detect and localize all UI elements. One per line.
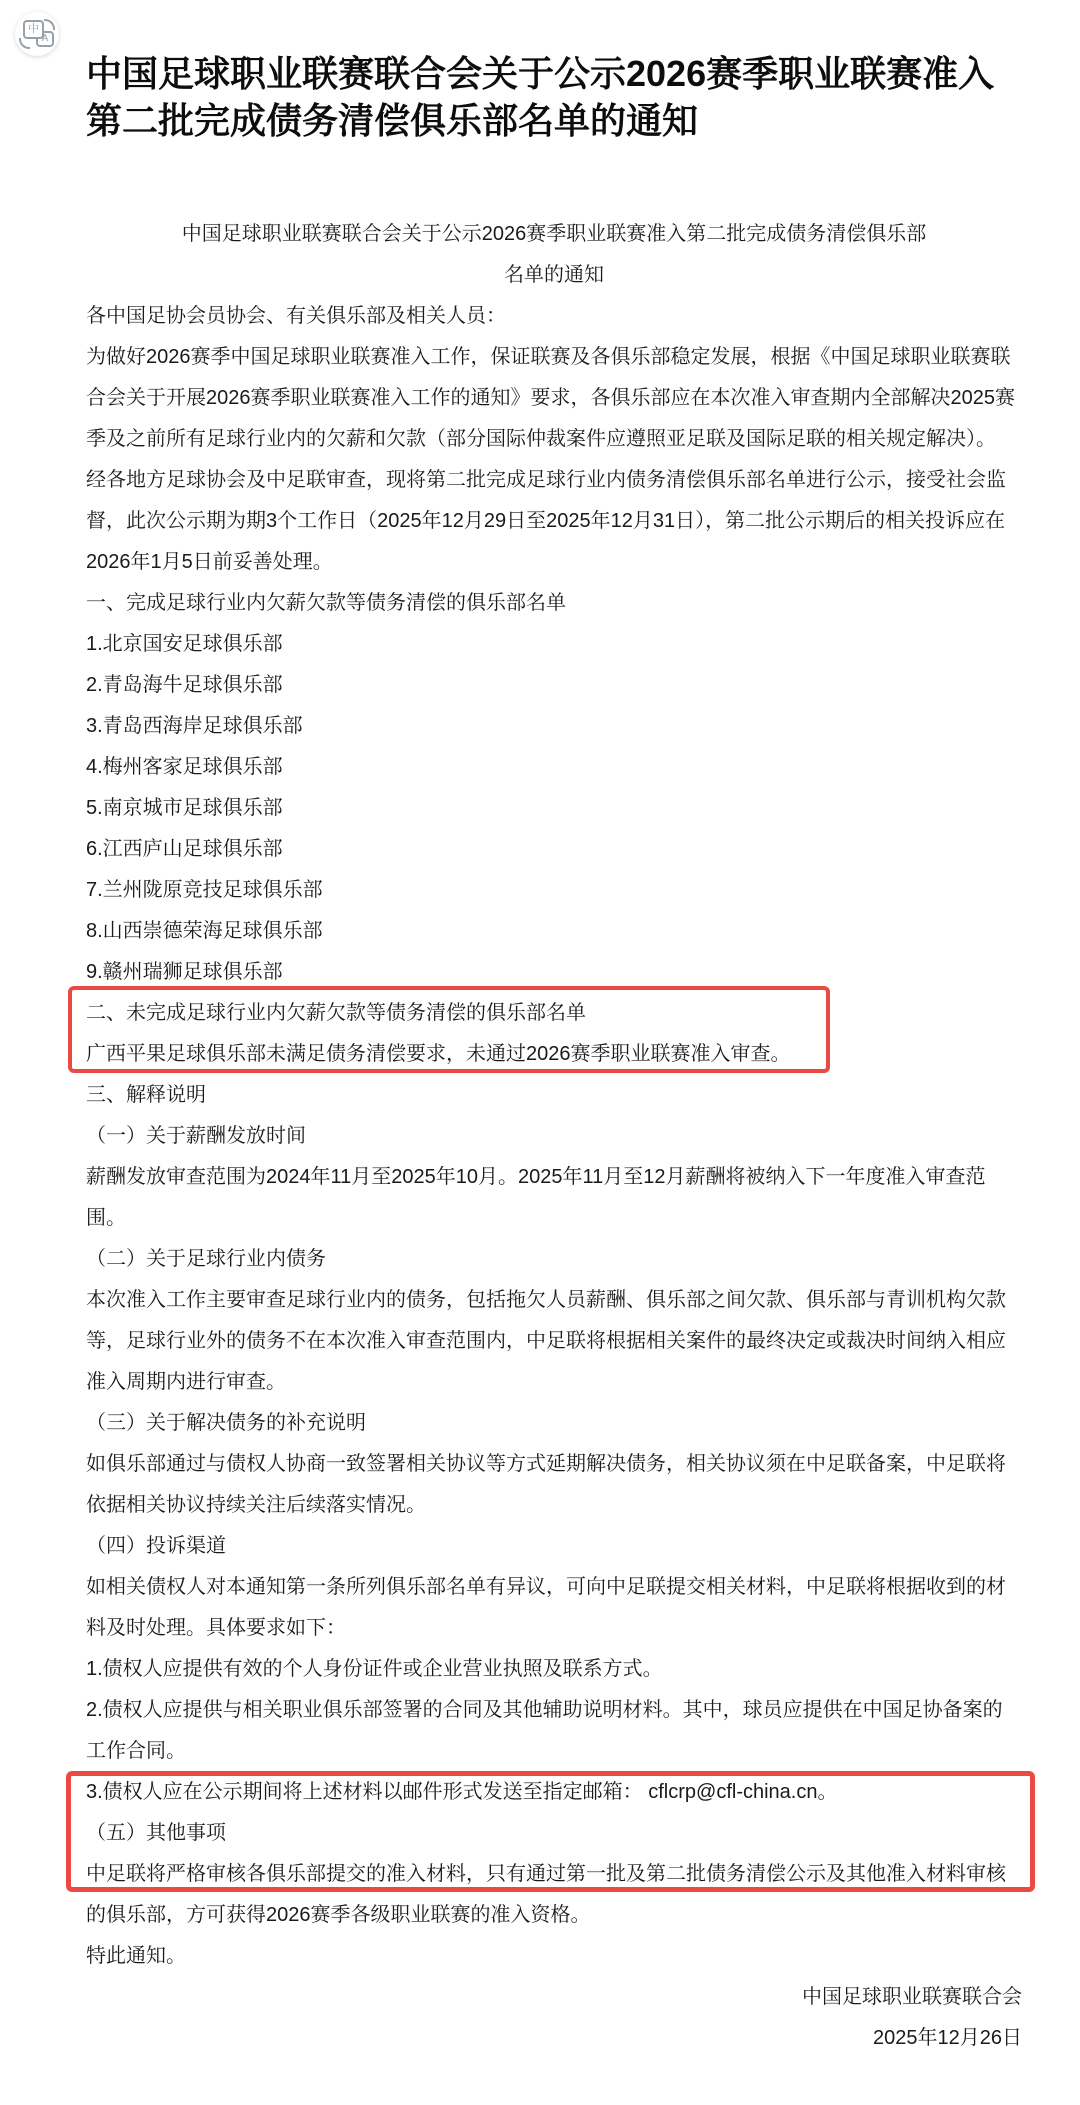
page-title: 中国足球职业联赛联合会关于公示2026赛季职业联赛准入第二批完成债务清偿俱乐部名…: [86, 0, 1022, 144]
publicity-paragraph: 经各地方足球协会及中足联审查，现将第二批完成足球行业内债务清偿俱乐部名单进行公示…: [86, 460, 1022, 583]
requirement-item: 1.债权人应提供有效的个人身份证件或企业营业执照及联系方式。: [86, 1649, 1022, 1690]
intro-paragraph: 为做好2026赛季中国足球职业联赛准入工作，保证联赛及各俱乐部稳定发展，根据《中…: [86, 337, 1022, 460]
translate-button[interactable]: 中 A: [15, 12, 59, 56]
document-body: 中国足球职业联赛联合会关于公示2026赛季职业联赛准入第二批完成债务清偿俱乐部 …: [86, 214, 1022, 2059]
section-2-body: 广西平果足球俱乐部未满足债务清偿要求，未通过2026赛季职业联赛准入审查。: [86, 1034, 1022, 1075]
document-heading-line-1: 中国足球职业联赛联合会关于公示2026赛季职业联赛准入第二批完成债务清偿俱乐部: [86, 214, 1022, 255]
closing-line: 特此通知。: [86, 1936, 1022, 1977]
club-list-item: 4.梅州客家足球俱乐部: [86, 747, 1022, 788]
item-3-1-heading: （一）关于薪酬发放时间: [86, 1116, 1022, 1157]
item-3-1-body: 薪酬发放审查范围为2024年11月至2025年10月。2025年11月至12月薪…: [86, 1157, 1022, 1239]
club-list-item: 1.北京国安足球俱乐部: [86, 624, 1022, 665]
item-3-3-heading: （三）关于解决债务的补充说明: [86, 1403, 1022, 1444]
item-3-4-heading: （四）投诉渠道: [86, 1526, 1022, 1567]
translate-zh-icon: 中: [23, 20, 44, 39]
salutation: 各中国足协会员协会、有关俱乐部及相关人员：: [86, 296, 1022, 337]
club-list-item: 7.兰州陇原竞技足球俱乐部: [86, 870, 1022, 911]
item-3-4-body: 如相关债权人对本通知第一条所列俱乐部名单有异议，可向中足联提交相关材料，中足联将…: [86, 1567, 1022, 1649]
signature-date: 2025年12月26日: [86, 2018, 1022, 2059]
section-2-heading: 二、未完成足球行业内欠薪欠款等债务清偿的俱乐部名单: [86, 993, 1022, 1034]
item-3-2-body: 本次准入工作主要审查足球行业内的债务，包括拖欠人员薪酬、俱乐部之间欠款、俱乐部与…: [86, 1280, 1022, 1403]
section-1-heading: 一、完成足球行业内欠薪欠款等债务清偿的俱乐部名单: [86, 583, 1022, 624]
club-list-item: 5.南京城市足球俱乐部: [86, 788, 1022, 829]
item-3-5-heading: （五）其他事项: [86, 1813, 1022, 1854]
translate-arc-icon: [19, 38, 30, 49]
club-list-item: 9.赣州瑞狮足球俱乐部: [86, 952, 1022, 993]
translate-arc-icon: [44, 19, 55, 30]
club-list-item: 6.江西庐山足球俱乐部: [86, 829, 1022, 870]
club-list-item: 8.山西崇德荣海足球俱乐部: [86, 911, 1022, 952]
club-list-item: 3.青岛西海岸足球俱乐部: [86, 706, 1022, 747]
document-heading-line-2: 名单的通知: [86, 255, 1022, 296]
notice-page: 中 A 中国足球职业联赛联合会关于公示2026赛季职业联赛准入第二批完成债务清偿…: [0, 0, 1080, 2105]
requirement-item: 2.债权人应提供与相关职业俱乐部签署的合同及其他辅助说明材料。其中，球员应提供在…: [86, 1690, 1022, 1772]
club-list-item: 2.青岛海牛足球俱乐部: [86, 665, 1022, 706]
item-3-5-body: 中足联将严格审核各俱乐部提交的准入材料，只有通过第一批及第二批债务清偿公示及其他…: [86, 1854, 1022, 1936]
signature: 中国足球职业联赛联合会: [86, 1977, 1022, 2018]
requirement-item: 3.债权人应在公示期间将上述材料以邮件形式发送至指定邮箱： cflcrp@cfl…: [86, 1772, 1022, 1813]
item-3-2-heading: （二）关于足球行业内债务: [86, 1239, 1022, 1280]
item-3-3-body: 如俱乐部通过与债权人协商一致签署相关协议等方式延期解决债务，相关协议须在中足联备…: [86, 1444, 1022, 1526]
section-3-heading: 三、解释说明: [86, 1075, 1022, 1116]
